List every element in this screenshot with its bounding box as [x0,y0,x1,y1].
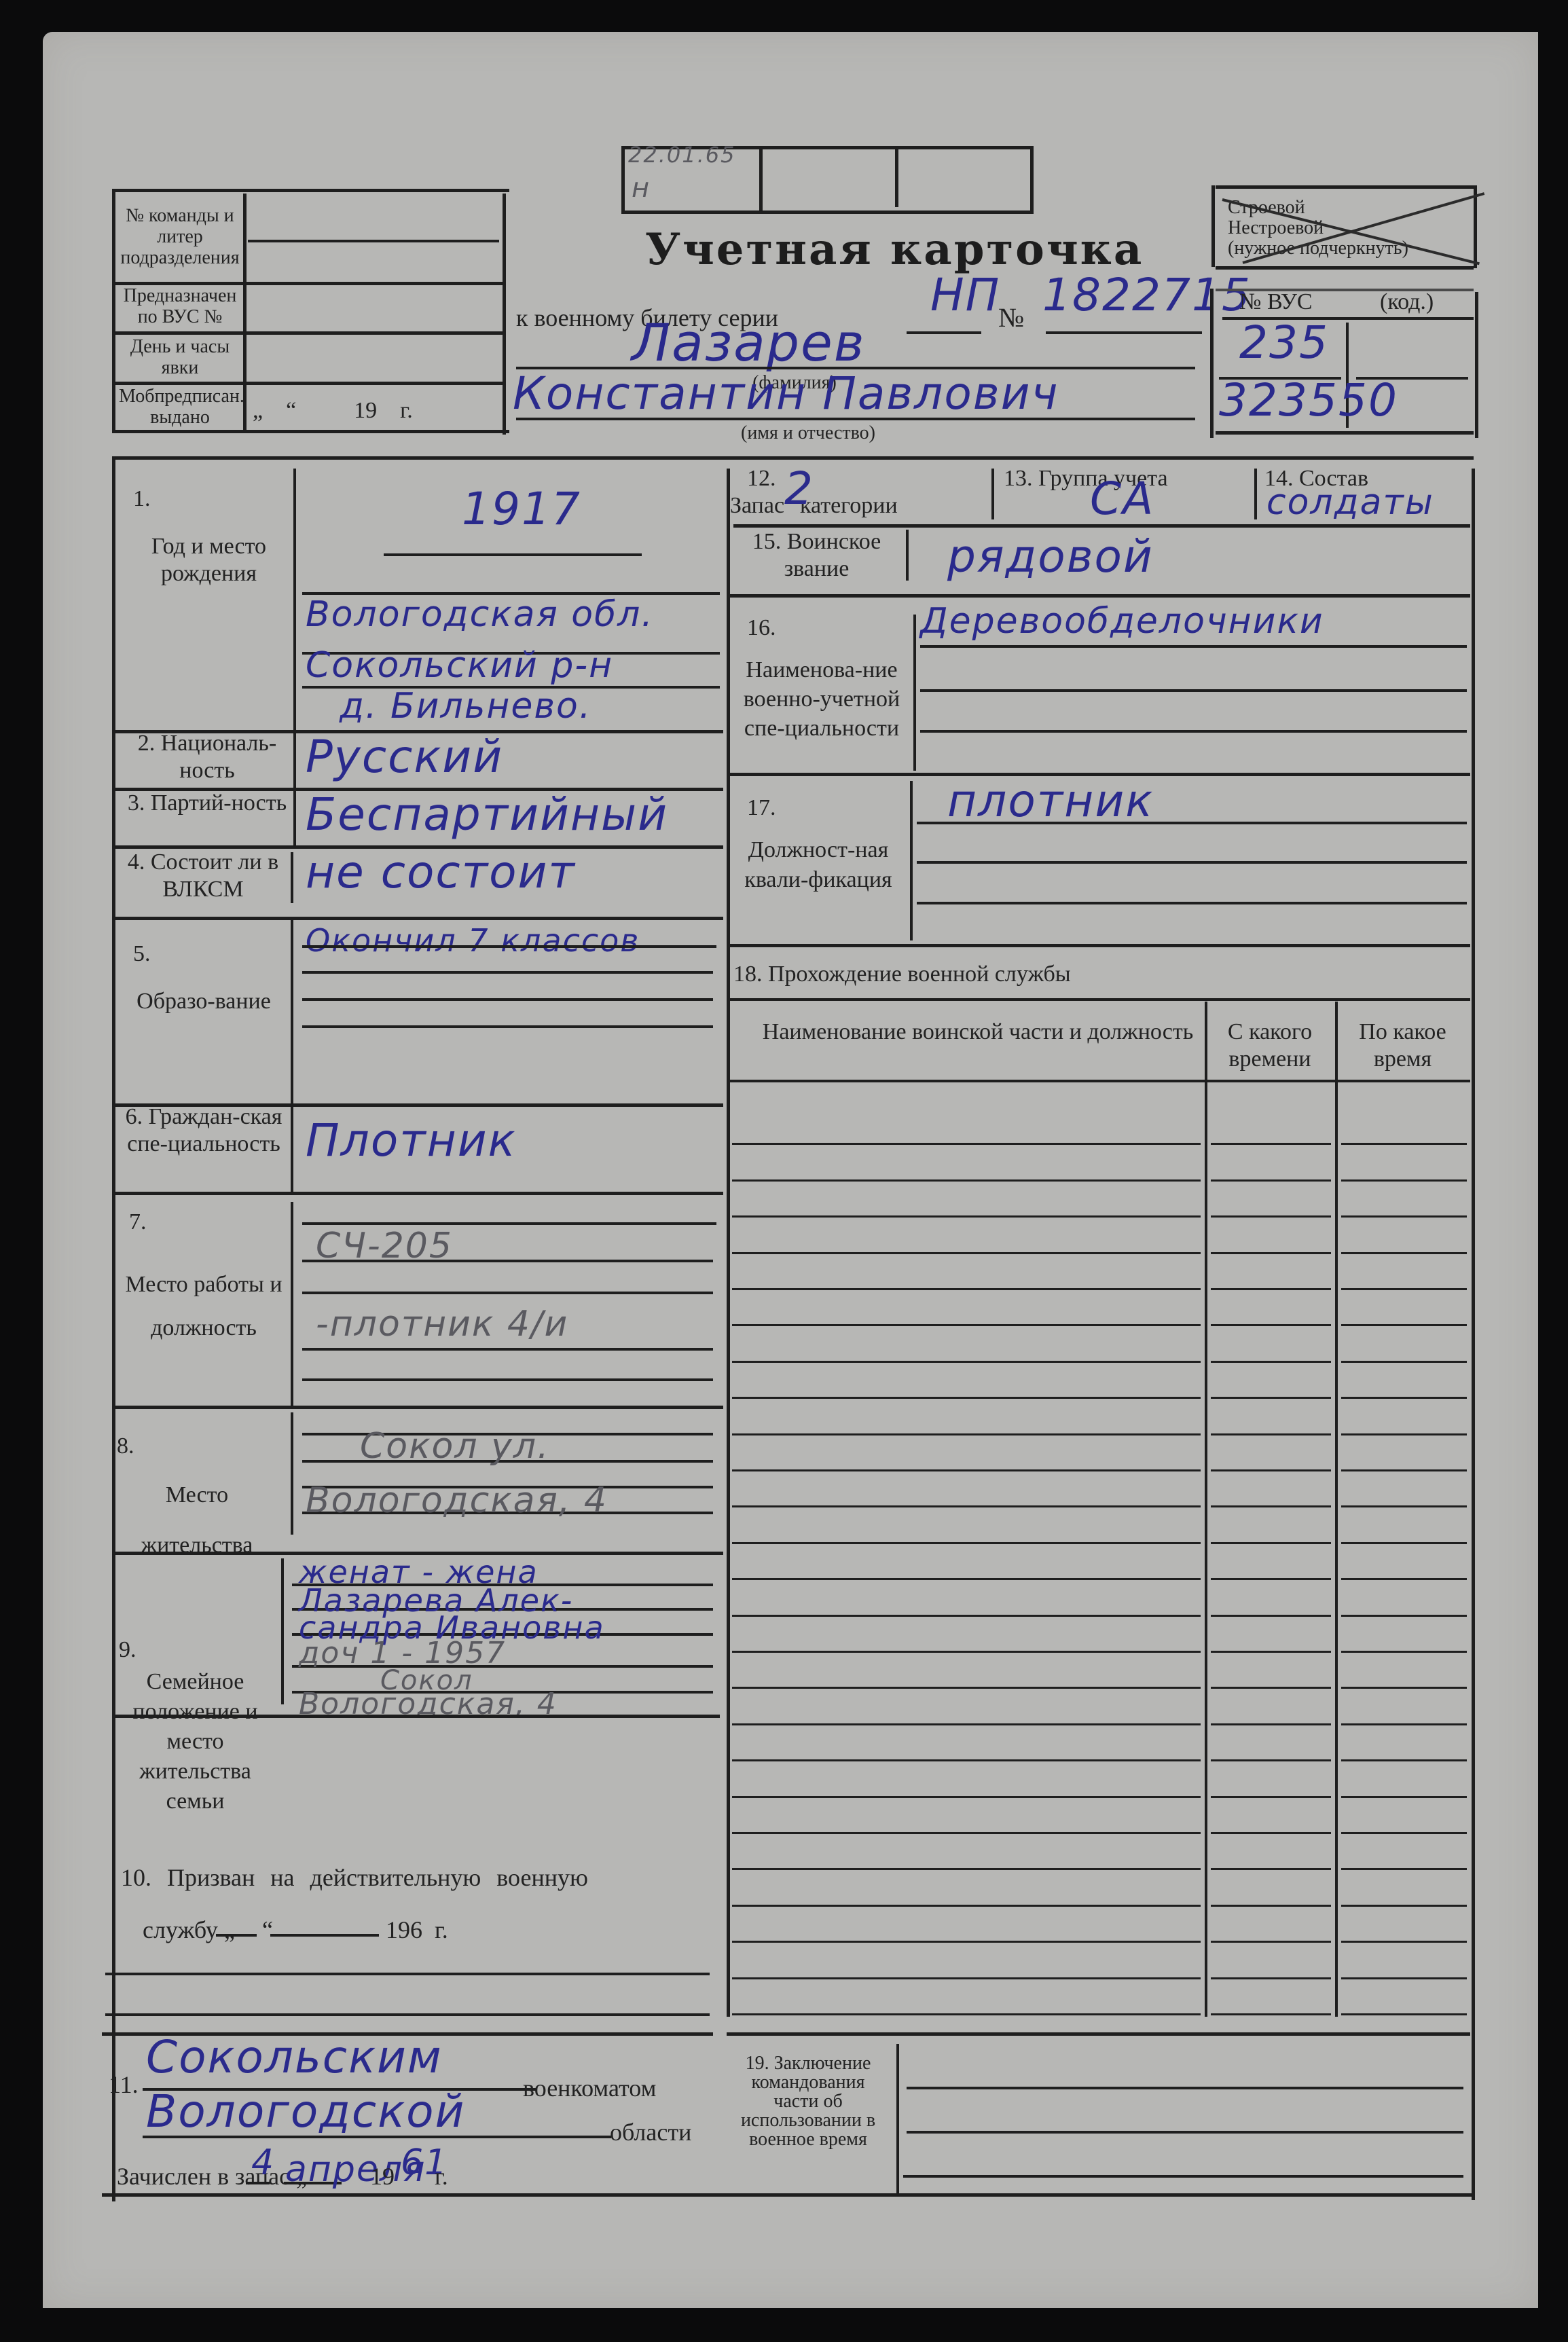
f19-line-3 [903,2175,1463,2178]
service-row-line [732,1905,1201,1907]
service-row-line [1211,1324,1331,1326]
stamp-box-right [1030,146,1034,214]
f7-num: 7. [129,1209,147,1236]
reserve-day: 4 [251,2139,275,2187]
column-header-unit: Наименование воинской части и должность [740,1019,1216,1046]
service-row-line [1211,2013,1331,2015]
label-vus-assigned: Предназначен по ВУС № [119,285,241,327]
job-qualification: плотник [947,777,1154,825]
service-row-line [732,1542,1201,1544]
f13-divider [1254,469,1257,519]
service-table-title: 18. Прохождение военной службы [733,961,1071,988]
service-row-line [1211,1215,1331,1218]
f2-divider [293,737,296,788]
family-line-6: Вологодская, 4 [299,1681,558,1728]
f1-label: Год и место рождения [129,533,289,587]
service-row-line [732,1324,1201,1326]
service-row-line [732,1505,1201,1507]
service-row-line [732,1361,1201,1363]
service-row-line [1341,1796,1467,1798]
job-position: -плотник 4/и [316,1300,568,1348]
service-row-line [732,1651,1201,1653]
civil-specialty: Плотник [306,1117,517,1165]
trbox-left [1211,185,1215,267]
registration-group: СА [1090,475,1154,523]
service-row-line [1341,1252,1467,1254]
education: Окончил 7 классов [306,917,640,964]
f16-label: Наименова-ние военно-учетной спе-циально… [733,655,910,743]
service-row-line [732,1397,1201,1399]
service-row-line [1341,1143,1467,1145]
region-suffix: области [610,2119,691,2146]
f6-num: 6. [126,1104,143,1129]
f10-g: г. [435,1916,448,1943]
stamp-box-left [621,146,625,214]
label-command-number: № команды и литер подразделения [119,205,241,268]
residence-line-1: Сокол ул. [360,1423,550,1470]
mob-order-date: „ “ 19 г. [253,397,497,424]
f19-line-1 [907,2087,1463,2089]
f15-divider [906,530,909,581]
stamp-box-divider-1 [759,149,763,211]
service-row-line [732,1759,1201,1761]
surname: Лазарев [632,319,866,367]
f16-num: 16. [747,615,776,642]
f4-label-text: Состоит ли в ВЛКСМ [151,849,278,902]
vus-code: 323550 [1219,377,1398,424]
f19-line-2 [907,2131,1463,2134]
service-row-line [1341,1941,1467,1943]
service-row-line [732,1615,1201,1617]
f16-line-1 [920,645,1467,648]
vus-number: 235 [1239,319,1329,367]
service-row-line [1211,1143,1331,1145]
service-row-line [732,1215,1201,1218]
nationality: Русский [306,733,503,781]
f10-prefix: службу „ [143,1916,235,1943]
service-row-line [1211,1687,1331,1689]
service-row-line [732,2013,1201,2015]
military-rank: рядовой [947,533,1154,581]
f9-divider [281,1558,284,1704]
service-row-line [1341,1977,1467,1979]
f3-label: 3. Партий-ность [122,790,292,817]
f6-label: 6. Граждан-ская спе-циальность [115,1103,292,1158]
f4-label: 4. Состоит ли в ВЛКСМ [114,849,292,903]
birth-place-1: Вологодская обл. [306,591,654,638]
service-table-header-sep [730,1080,1470,1082]
stamp-box-bottom [625,211,1032,214]
f19-divider [896,2044,899,2193]
main-frame-bottom [102,2193,1474,2197]
f5-num: 5. [133,940,151,968]
main-frame-right [1472,469,1475,2200]
f3-divider [293,794,296,845]
service-col-divider-2 [1335,1002,1338,2017]
page-title: Учетная карточка [645,224,1144,275]
service-row-line [1211,1905,1331,1907]
column-header-from: С какого времени [1209,1019,1331,1073]
service-row-line [1341,1868,1467,1870]
service-row-line [732,1723,1201,1725]
f16-line-3 [920,730,1467,733]
service-row-line [1211,1796,1331,1798]
service-row-line [732,1578,1201,1580]
f7-line-4 [302,1348,713,1351]
tlbox-top [115,189,509,192]
service-row-line [1211,1542,1331,1544]
stamp-date: 22.01.65 [628,143,736,167]
number-line [1046,331,1202,334]
service-row-line [732,1796,1201,1798]
f12-bottom [733,524,1470,528]
vus-label: № ВУС [1239,289,1313,316]
f7-line-5 [302,1378,713,1381]
main-frame-top [115,456,1474,460]
label-arrival-time: День и часы явки [119,336,241,378]
f19-label: 19. Заключение командования части об исп… [727,2054,890,2149]
tlbox-right [503,194,506,435]
f12-label: Запас [730,492,784,519]
service-row-line [1341,1832,1467,1834]
service-row-line [1341,1179,1467,1182]
tlbox-row-sep-3 [115,382,506,385]
ticket-series: НП [930,272,1000,319]
f8-divider [291,1412,293,1535]
service-row-line [1341,1288,1467,1290]
birth-place-3: д. Бильнево. [340,682,591,730]
service-row-line [732,1433,1201,1435]
tlbox-bottom [115,430,509,433]
personnel-category: солдаты [1266,479,1434,526]
service-row-line [1341,1578,1467,1580]
f3-label-text: Партий-ность [151,790,287,816]
trbox-right [1474,187,1477,268]
service-row-line [732,1179,1201,1182]
service-row-line [1211,1288,1331,1290]
f7-bottom [112,1406,723,1409]
reserve-category: 2 [784,465,814,513]
service-row-line [1341,1615,1467,1617]
f12-num: 12. [747,465,776,492]
name-caption: (имя и отчество) [706,422,910,443]
service-row-line [732,1977,1201,1979]
f17-divider [910,781,913,940]
service-row-line [1211,1433,1331,1435]
service-row-line [1341,1759,1467,1761]
workplace: СЧ-205 [316,1222,453,1270]
service-row-line [732,1687,1201,1689]
f8-label: Место жительства [109,1470,285,1571]
vus-box-left [1210,289,1214,438]
f17-line-3 [917,902,1467,904]
name-patronymic: Константин Павлович [513,370,1059,418]
f5-line-1 [302,945,716,948]
f3-num: 3. [128,790,145,816]
option-line-service: Строевой [1228,197,1305,218]
f10-line-b [105,2013,710,2016]
f8-num: 8. [117,1433,134,1460]
service-table-top [730,998,1470,1001]
service-row-line [1341,1433,1467,1435]
f15-label: 15. Воинское звание [730,528,903,583]
service-row-line [732,1143,1201,1145]
service-row-line [1341,1651,1467,1653]
service-row-line [1211,1651,1331,1653]
service-row-line [1211,1759,1331,1761]
f5-line-3 [302,998,713,1001]
f1-year-line [384,553,642,556]
f9-label: Семейное положение и место жительства се… [112,1667,278,1816]
f17-label: Должност-ная квали-фикация [733,835,903,895]
service-row-line [1211,1469,1331,1471]
vus-box-bottom [1216,431,1474,435]
service-row-line [1341,1505,1467,1507]
service-row-line [1341,2013,1467,2015]
service-row-line [1211,1361,1331,1363]
tlbox-left [112,189,115,433]
komsomol-status: не состоит [306,849,576,896]
service-row-line [1211,1578,1331,1580]
service-row-line [732,1252,1201,1254]
service-row-line [1211,1832,1331,1834]
service-row-line [1341,1361,1467,1363]
service-row-line [1211,1505,1331,1507]
vus-box-right [1475,292,1478,438]
column-header-to: По какое время [1336,1019,1469,1073]
f6-bottom [112,1192,723,1195]
f5-label: Образо-вание [136,988,272,1015]
service-row-line [1211,1397,1331,1399]
f6-divider [291,1110,293,1195]
stamp-box-divider-2 [895,149,898,207]
f12-label-2: категории [800,492,898,519]
f5-line-4 [302,1025,713,1028]
commissariat-suffix: военкоматом [523,2074,656,2102]
service-row-line [1211,1723,1331,1725]
code-label: (код.) [1380,289,1434,316]
f7-label: Место работы и должность [122,1263,285,1350]
f12-divider [991,469,994,519]
f17-bottom [730,944,1470,947]
f10-quote: “ [262,1916,273,1943]
label-mob-order: Мобпредписан. выдано [119,386,241,428]
f10-line-1: 10. Призван на действительную военную [121,1864,588,1891]
service-row-line [1341,1687,1467,1689]
number-sign: № [998,304,1024,331]
f16-divider [913,615,916,771]
tlbox-row-sep-2 [115,331,506,335]
region-name: Вологодской [146,2088,465,2136]
service-row-line [1341,1469,1467,1471]
service-row-line [1341,1542,1467,1544]
ticket-number: 1822715 [1042,272,1252,319]
reserve-label: Зачислен в запас „ [117,2163,307,2190]
service-row-line [1211,1977,1331,1979]
name-line [516,418,1195,420]
service-table-bottom [727,2032,1470,2036]
service-row-line [1341,1723,1467,1725]
f17-num: 17. [747,794,776,822]
service-row-line [732,1832,1201,1834]
f10-line-a [105,1973,710,1975]
commissariat-name: Сокольским [146,2034,443,2081]
f5-line-2 [302,971,713,974]
service-row-line [732,1941,1201,1943]
f7-divider [291,1202,293,1409]
service-row-line [1211,1615,1331,1617]
service-col-divider-1 [1205,1002,1207,2017]
service-row-line [732,1868,1201,1870]
f2-num: 2. [138,731,156,756]
f17-line-1 [917,822,1467,824]
f5-divider [291,920,293,1110]
main-frame-left [112,456,115,2201]
f7-line-3 [302,1292,713,1294]
f10-month-line [270,1934,379,1937]
f17-line-2 [917,861,1467,864]
f1-label-text: Год и место рождения [151,534,266,586]
f9-num: 9. [119,1636,136,1664]
trbox-bottom [1216,266,1474,270]
f4-num: 4. [128,849,145,875]
birth-year: 1917 [462,486,581,533]
trbox-top [1216,185,1477,189]
service-row-line [1211,1252,1331,1254]
stamp-initial: н [632,173,651,203]
service-row-line [1341,1905,1467,1907]
service-row-line [1341,1324,1467,1326]
f11-num: 11. [109,2071,139,2098]
tlbox-fill-line [248,240,499,242]
f2-label: 2. Националь-ность [122,730,292,784]
f10-day-line [216,1934,257,1937]
service-row-line [732,1288,1201,1290]
reserve-g: г. [435,2163,448,2190]
column-divider [727,469,730,2017]
service-row-line [1341,1397,1467,1399]
party-membership: Беспартийный [306,791,668,839]
reserve-year-prefix: 19 [370,2163,395,2190]
military-specialty: Деревообделочники [920,598,1324,645]
f11-line-2 [143,2136,611,2138]
service-row-line [1341,1215,1467,1218]
service-row-line [1211,1868,1331,1870]
f10-year: 196 [386,1916,422,1943]
service-row-line [1211,1179,1331,1182]
f4-divider [291,852,293,903]
service-row-line [732,1469,1201,1471]
f9-bottom [112,1715,720,1718]
f6-label-text: Граждан-ская спе-циальность [127,1104,282,1156]
series-line [907,331,981,334]
residence-line-2: Вологодская, 4 [306,1477,608,1524]
f16-line-2 [920,689,1467,692]
service-row-line [1211,1941,1331,1943]
f2-label-text: Националь-ность [161,731,276,783]
f1-num: 1. [133,486,151,513]
